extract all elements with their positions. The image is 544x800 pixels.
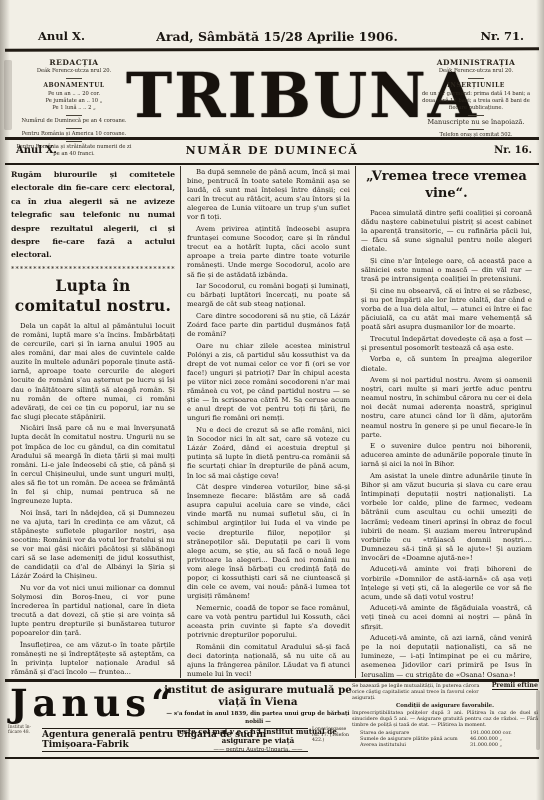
abonament-line: Numărul de Duminecă pe an 4 coroane. [16, 118, 132, 125]
article-headline: Lupta în comitatul nostru. [11, 276, 175, 316]
column-separator [180, 166, 181, 678]
abonament-line: Pe un an .. .. 20 cor. [16, 91, 132, 98]
redactia-title: REDACȚIA [16, 58, 132, 68]
ad-line: — s'a fondat în anul 1839, din partea un… [160, 710, 356, 726]
ad-intro: Se bazează pe legile mutualității, în pu… [352, 683, 479, 701]
issue-number: Nr. 71. [480, 29, 524, 43]
column-3: „Vremea trece vremea vine“. Pacea simula… [361, 168, 532, 678]
divider [468, 129, 484, 130]
administratia-title: ADMINISTRAȚIA [416, 58, 536, 68]
manuscripts-note: Manuscripte nu se înapoiază. [416, 118, 536, 126]
article-headline: „Vremea trece vremea vine“. [361, 168, 532, 202]
janus-ad-side-note: Institut în- fiicare 48. [8, 725, 38, 735]
editorial-notice: Rugăm biurourile și comitetele electoral… [11, 168, 175, 262]
divider [66, 128, 82, 129]
column-separator [355, 166, 356, 678]
paragraph: Ba după semnele de până acum, încă și ma… [187, 168, 350, 223]
ad-premii: Premii eftine [492, 683, 538, 690]
column-1: Rugăm biurourile și comitetele electoral… [11, 168, 175, 678]
paragraph: Și cine n'ar înțelege oare, că această p… [361, 257, 532, 284]
divider [66, 78, 82, 79]
rule [5, 757, 539, 759]
abonament-title: ABONAMENTUL [16, 81, 132, 91]
stat-value: 31.000.000 „ [470, 742, 530, 748]
date-line: Anul X. Arad, Sâmbătă 15/28 Aprilie 1906… [24, 29, 530, 45]
rule [5, 137, 539, 140]
ad-statistics: Starea de asigurare 191.000.000 cor. Sum… [360, 730, 538, 748]
paragraph: Care dintre socodoreni să nu știe, că Lá… [187, 312, 350, 339]
ad-conditions-title: Condiții de asigurare favorabile. [352, 703, 538, 709]
column-2: Ba după semnele de până acum, încă și ma… [187, 168, 350, 678]
paragraph: Dela un capăt la altul al pământului loc… [11, 322, 175, 422]
paragraph: Nu vor da vot nici unui milionar ca domn… [11, 584, 175, 639]
abonament-line: Pe 1 lună .. .. 2 „ [16, 105, 132, 112]
band-number: Nr. 16. [494, 145, 532, 156]
paragraph: E o suvenire dulce pentru noi bihorenii,… [361, 442, 532, 469]
paragraph: Nu e deci de crezut să se afle români, n… [187, 426, 350, 481]
ad-line: institut de asigurare mutuală pe viață î… [160, 684, 356, 708]
janus-ad-logo: Janus“ [10, 683, 177, 723]
paragraph: Iar Socodorul, cu români bogați și lumin… [187, 282, 350, 309]
paragraph: Nemernic, coadă de topor se face românul… [187, 604, 350, 640]
redactia-address: Deák Ferencz-utcza nrul 20. [16, 68, 132, 75]
paragraph: Noi însă, tari în nădejdea, că și Dumnez… [11, 509, 175, 582]
paragraph: Aduceți-vă aminte, că azi iarnă, când ve… [361, 634, 532, 678]
edition-title: NUMĂR DE DUMINECĂ [6, 144, 538, 157]
abonament-line: Pe jumătate an .. 10 „ [16, 98, 132, 105]
insertiuni-text: de un șir garmond: prima dată 14 bani; a… [416, 91, 536, 112]
paragraph: Și cine nu obsearvă, că ei între ei se r… [361, 287, 532, 332]
paragraph: Cât despre vinderea voturilor, bine să-ș… [187, 483, 350, 601]
janus-ad-right: Premii eftine Se bazează pe legile mutua… [352, 683, 538, 748]
paragraph: Trecutul îndepărtat dovedește că așa a f… [361, 335, 532, 353]
stat-label: Averea institutului [360, 742, 470, 748]
paragraph: Aduceți-vă aminte voi frați bihoreni de … [361, 565, 532, 601]
paragraph: Avem și noi partidul nostru. Avem și oam… [361, 376, 532, 440]
paragraph: Aduceți-vă aminte de făgăduiala voastră,… [361, 604, 532, 631]
rule [5, 47, 539, 51]
divider [468, 115, 484, 116]
paragraph: Avem privirea ațintită îndeosebi asupra … [187, 225, 350, 280]
paragraph: Însuflețirea, ce am văzut-o în toate păr… [11, 641, 175, 677]
divider [66, 115, 82, 116]
paragraph: Nicăiri însă pare că nu e mai înverșunat… [11, 424, 175, 506]
paragraph: Am asistat la unele dintre adunările țin… [361, 472, 532, 563]
ad-terms: Imprescriptibilitatea polițelor după 3 a… [352, 710, 538, 728]
administratia-address: Deák Ferencz-utcza nrul 20. [416, 68, 536, 75]
janus-ad-address: Lonovicsgasse Nr. 17. (Telefon 422.) [312, 727, 354, 744]
date-label: Arad, Sâmbătă 15/28 Aprilie 1906. [24, 29, 530, 44]
star-divider: **************************************** [11, 265, 175, 273]
edition-band: Anul X. NUMĂR DE DUMINECĂ Nr. 16. [6, 141, 538, 163]
administratia-block: ADMINISTRAȚIA Deák Ferencz-utcza nrul 20… [416, 58, 536, 139]
paragraph: Oare nu chiar zilele acestea ministrul P… [187, 342, 350, 424]
janus-ad-agency: Agentura generală pentru Ungaria de sud … [42, 728, 308, 752]
insertiuni-title: INSERȚIUNILE [416, 81, 536, 91]
ad-stat-row: Averea institutului 31.000.000 „ [360, 742, 538, 748]
divider [468, 78, 484, 79]
paragraph: Vorba e, că suntem în preajma alegerilor… [361, 355, 532, 373]
paragraph: Românii din comitatul Aradului să-și fac… [187, 643, 350, 678]
scan-artifact [4, 60, 12, 130]
newspaper-title: TRIBUNA [126, 57, 418, 135]
rule [5, 163, 539, 165]
paragraph: Pacea simulată dintre șefii coaliției și… [361, 209, 532, 254]
